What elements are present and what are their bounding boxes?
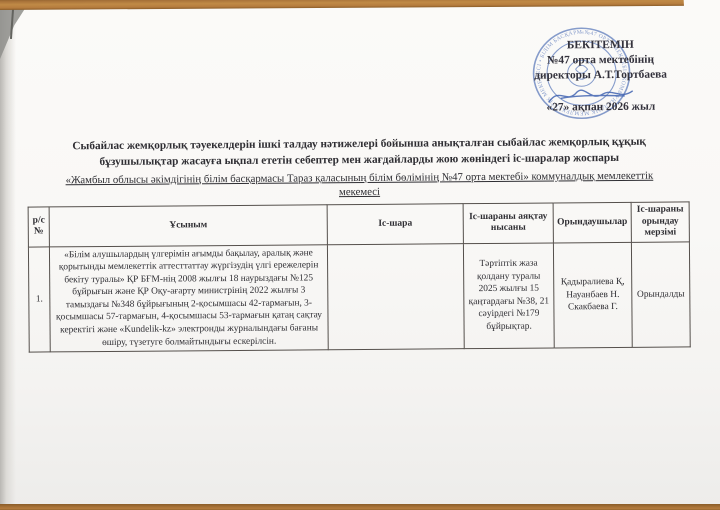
header-recommendation: Ұсыным — [49, 205, 327, 247]
cell-recommendation: «Білім алушылардың үлгерімін ағымды бақы… — [49, 244, 328, 352]
cell-measure — [327, 243, 464, 350]
cell-deadline: Орындалды — [631, 241, 690, 347]
table-header-row: р/с № Ұсыным Іс-шара Іс-шараны аяқтау ны… — [28, 202, 689, 247]
header-executors: Орындаушылар — [553, 202, 631, 242]
header-deadline: Іс-шараны орындау мерзімі — [631, 202, 689, 242]
document-subtitle: «Жамбыл облысы әкімдігінің білім басқарм… — [59, 169, 659, 202]
action-plan-table: р/с № Ұсыным Іс-шара Іс-шараны аяқтау ны… — [28, 201, 691, 352]
scanned-document: «№47 ОРТА МЕКТЕБІ» КОММУНАЛДЫҚ МЕМЛЕКЕТТ… — [0, 0, 720, 510]
page-content: «№47 ОРТА МЕКТЕБІ» КОММУНАЛДЫҚ МЕМЛЕКЕТТ… — [0, 0, 720, 510]
table-row: 1. «Білім алушылардың үлгерімін ағымды б… — [28, 241, 690, 352]
cell-executors: Қадыралиева Қ, Науанбаев Н. Скакбаева Г. — [553, 242, 632, 348]
document-title: Сыбайлас жемқорлық тәуекелдерін ішкі тал… — [34, 133, 684, 170]
header-measure: Іс-шара — [327, 204, 463, 245]
cell-row-number: 1. — [28, 246, 50, 352]
header-completion-form: Іс-шараны аяқтау нысаны — [463, 203, 553, 243]
cell-completion-form: Тәртіптік жаза қолдану туралы 2025 жылғы… — [463, 242, 554, 348]
header-row-number: р/с № — [28, 207, 49, 247]
approval-block: БЕКІТЕМІН №47 орта мектебінің директоры … — [485, 37, 716, 116]
director-signature — [541, 82, 661, 111]
